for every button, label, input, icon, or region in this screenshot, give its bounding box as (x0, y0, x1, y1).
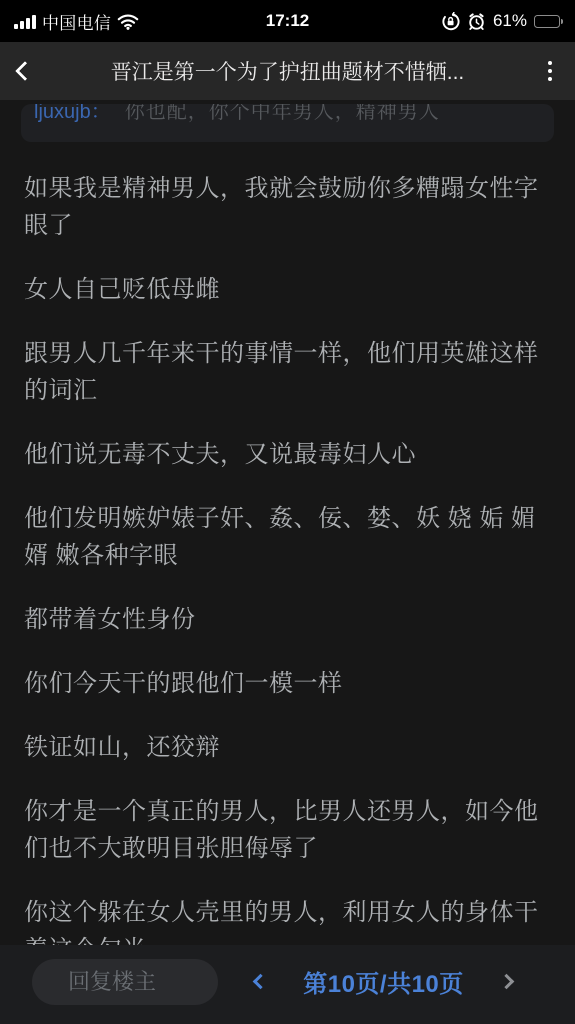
quoted-reply-block[interactable]: ljuxujb：你也配，你个中年男人，精神男人 (21, 104, 554, 142)
alarm-icon (467, 12, 486, 31)
pagination: 第10页/共10页 (218, 962, 549, 1002)
ellipsis-dot (548, 61, 552, 65)
post-paragraph: 如果我是精神男人，我就会鼓励你多糟蹋女性字眼了 (24, 170, 551, 244)
reply-input[interactable] (32, 959, 218, 1005)
nav-bar: 晋江是第一个为了护扭曲题材不惜牺... (0, 42, 575, 100)
page-indicator[interactable]: 第10页/共10页 (303, 964, 464, 999)
back-chevron-icon (15, 61, 35, 81)
post-paragraph: 都带着女性身份 (24, 601, 551, 638)
post-paragraph: 你们今天干的跟他们一模一样 (24, 665, 551, 702)
next-page-chevron-icon (499, 974, 515, 990)
quoted-username: ljuxujb： (34, 104, 111, 123)
wifi-icon (117, 13, 139, 30)
battery-percent-label: 61% (493, 11, 527, 31)
quoted-reply-line: ljuxujb：你也配，你个中年男人，精神男人 (34, 104, 541, 127)
status-left-cluster: 中国电信 (14, 9, 139, 34)
post-body: 如果我是精神男人，我就会鼓励你多糟蹋女性字眼了女人自己贬低母雌跟男人几千年来干的… (0, 142, 575, 968)
cellular-signal-icon (14, 14, 36, 29)
bottom-bar: 第10页/共10页 (0, 945, 575, 1024)
more-menu-button[interactable] (525, 42, 575, 100)
post-paragraph: 女人自己贬低母雌 (24, 271, 551, 308)
post-paragraph: 他们说无毒不丈夫，又说最毒妇人心 (24, 436, 551, 473)
ellipsis-dot (548, 77, 552, 81)
ellipsis-dot (548, 69, 552, 73)
post-paragraph: 你才是一个真正的男人，比男人还男人，如今他们也不大敢明目张胆侮辱了 (24, 793, 551, 867)
prev-page-button[interactable] (244, 962, 278, 1002)
page-title: 晋江是第一个为了护扭曲题材不惜牺... (111, 56, 465, 86)
carrier-label: 中国电信 (42, 9, 111, 34)
clock-time: 17:12 (266, 11, 309, 31)
post-paragraph: 他们发明嫉妒婊子奸、姦、佞、婪、妖 娆 姤 媚 婿 嫩各种字眼 (24, 500, 551, 574)
next-page-button[interactable] (489, 962, 523, 1002)
post-paragraph: 铁证如山，还狡辩 (24, 729, 551, 766)
battery-icon (534, 15, 563, 28)
status-bar: 中国电信 17:12 61% (0, 0, 575, 42)
prev-page-chevron-icon (253, 974, 269, 990)
status-right-cluster: 61% (441, 11, 563, 31)
post-paragraph: 跟男人几千年来干的事情一样，他们用英雄这样的词汇 (24, 335, 551, 409)
thread-content: ljuxujb：你也配，你个中年男人，精神男人 如果我是精神男人，我就会鼓励你多… (0, 100, 575, 968)
orientation-lock-icon (441, 12, 460, 31)
quoted-text: 你也配，你个中年男人，精神男人 (125, 104, 440, 123)
back-button[interactable] (0, 42, 50, 100)
